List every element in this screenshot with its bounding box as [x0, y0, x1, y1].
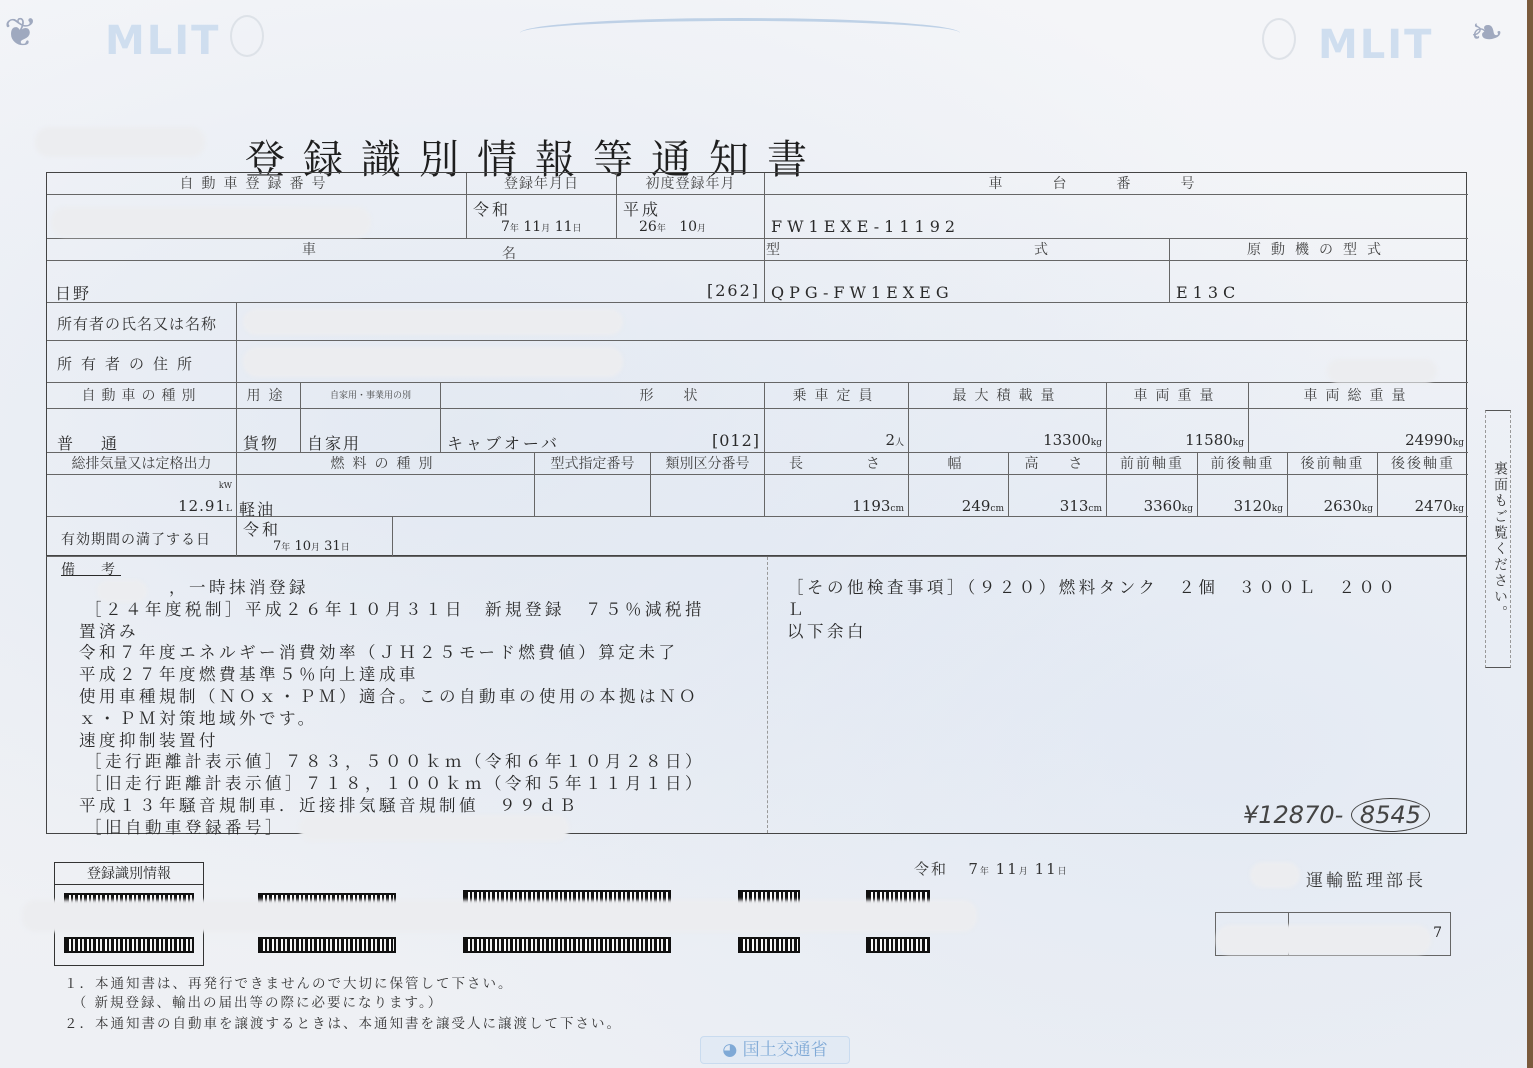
redacted-stamp-number: [1216, 925, 1431, 955]
gross-weight-value: 24990kg: [1249, 409, 1468, 453]
qr-code-strip: [64, 937, 194, 953]
emblem-seal-icon-right: [1262, 18, 1296, 60]
registration-date-value: 7年 11月 11日: [501, 219, 582, 235]
width-value: 249cm: [909, 475, 1009, 517]
owner-name-value: [237, 303, 1468, 341]
remark-line: ［その他検査事項］（９２０）燃料タンク ２個 ３００Ｌ ２００: [787, 577, 1398, 599]
remark-line: 置済み: [79, 621, 705, 643]
length-label: 長さ: [765, 453, 909, 475]
expiry-era: 令和: [243, 517, 281, 540]
mlit-watermark-logo: MLIT: [105, 18, 220, 64]
vehicle-type-label: 自動車の種別: [47, 383, 237, 409]
remarks-box: 備 考 ，一時抹消登録 ［２４年度税制］平成２６年１０月３１日 新規登録 ７５％…: [46, 556, 1467, 834]
rf-axle-label: 後前軸重: [1288, 453, 1378, 475]
redacted-owner-name: [243, 309, 623, 335]
vehicle-weight-label: 車両重量: [1107, 383, 1249, 409]
redacted-id-info: [22, 900, 977, 932]
expiry-label: 有効期間の満了する日: [47, 517, 237, 557]
maker-code: [262]: [707, 281, 760, 300]
capacity-label: 乗車定員: [765, 383, 909, 409]
body-shape-cell: キャブオーバ [012]: [441, 409, 765, 453]
emblem-seal-icon: [230, 15, 264, 57]
remark-line: Ｌ: [787, 599, 1398, 621]
id-info-label: 登録識別情報: [55, 863, 203, 885]
footer-note-1: １．本通知書は、再発行できませんので大切に保管して下さい。: [64, 972, 514, 992]
redacted-owner-address: [243, 347, 623, 377]
ff-axle-label: 前前軸重: [1107, 453, 1198, 475]
vehicle-type-value: 普 通: [47, 409, 237, 453]
use-label: 用途: [237, 383, 301, 409]
displacement-value: 12.91L: [178, 497, 232, 515]
registration-date-label: 登録年月日: [467, 173, 617, 195]
footer-note-1b: （ 新規登録、輸出の届出等の際に必要になります。）: [64, 991, 443, 1011]
expiry-date-value: 7年 10月 31日: [273, 539, 350, 554]
body-shape-label: 形 状: [441, 383, 765, 409]
registration-date-cell: 令和 7年 11月 11日: [467, 195, 617, 239]
remark-line: ，一時抹消登録: [79, 577, 705, 599]
issuer-stamp-box: 7: [1215, 912, 1451, 956]
remark-line: 平成１３年騒音規制車．近接排気騒音規制値 ９９ｄＢ: [79, 795, 705, 817]
side-note-see-reverse: 裏面もご覧ください。: [1485, 410, 1511, 668]
use-value: 貨物: [237, 409, 301, 453]
vehicle-name-label: 車 名: [47, 239, 765, 261]
certificate-paper: ❦ ❧ MLIT MLIT 登録識別情報等通知書 自動車登録番号 登録年月日 初…: [0, 0, 1533, 1068]
issuer-title: 運輸監理部長: [1306, 866, 1426, 891]
redacted-address-code: [1327, 359, 1437, 383]
vehicle-name-cell: 日野 [262]: [47, 261, 765, 303]
fuel-type-label: 燃料の種別: [237, 453, 535, 475]
registration-table: 自動車登録番号 登録年月日 初度登録年月 車台番号 令和 7年 11月 11日 …: [46, 172, 1467, 556]
max-load-value: 13300kg: [909, 409, 1107, 453]
fr-axle-label: 前後軸重: [1198, 453, 1288, 475]
rf-axle-value: 2630kg: [1288, 475, 1378, 517]
private-business-label: 自家用・事業用の別: [301, 383, 441, 409]
engine-model-value: E13C: [1170, 261, 1468, 303]
displacement-label: 総排気量又は定格出力: [47, 453, 237, 475]
height-label: 高 さ: [1009, 453, 1107, 475]
ornament-ribbon: [520, 18, 960, 48]
width-label: 幅: [909, 453, 1009, 475]
rr-axle-value: 2470kg: [1378, 475, 1468, 517]
remarks-left: ，一時抹消登録 ［２４年度税制］平成２６年１０月３１日 新規登録 ７５％減税措 …: [79, 577, 705, 839]
type-designation-value: [535, 475, 651, 517]
remark-line: ［旧走行距離計表示値］７１８，１００ｋｍ（令和５年１１月１日）: [79, 773, 705, 795]
height-value: 313cm: [1009, 475, 1107, 517]
handwritten-price: ¥12870- 8545: [1243, 801, 1430, 829]
remark-line: 速度抑制装置付: [79, 730, 705, 752]
rr-axle-label: 後後軸重: [1378, 453, 1468, 475]
fr-axle-value: 3120kg: [1198, 475, 1288, 517]
body-shape-value: キャブオーバ: [447, 431, 560, 454]
owner-name-label: 所有者の氏名又は名称: [47, 303, 237, 341]
owner-address-label: 所有者の住所: [47, 341, 237, 383]
private-business-value: 自家用: [301, 409, 441, 453]
chassis-number-label: 車台番号: [765, 173, 1468, 195]
maker-name: 日野: [55, 281, 91, 304]
mlit-emblem-icon: ◕: [722, 1040, 742, 1060]
first-registration-label: 初度登録年月: [617, 173, 765, 195]
fuel-type-value: 軽油: [237, 475, 535, 517]
gross-weight-label: 車両総重量: [1249, 383, 1468, 409]
mlit-footer-logo: ◕ 国土交通省: [700, 1036, 850, 1064]
engine-model-label: 原動機の型式: [1170, 239, 1468, 261]
qr-code-strip: [463, 937, 671, 953]
remark-line: ［２４年度税制］平成２６年１０月３１日 新規登録 ７５％減税措: [79, 599, 705, 621]
ornament-top-left-icon: ❦: [4, 10, 38, 56]
redacted-old-plate: [299, 815, 569, 841]
redacted-plate: [51, 207, 371, 237]
length-value: 1193cm: [765, 475, 909, 517]
remark-line: 使用車種規制（ＮＯｘ・ＰＭ）適合。この自動車の使用の本拠はＮＯ: [79, 686, 705, 708]
remark-line: ［走行距離計表示値］７８３，５００ｋｍ（令和６年１０月２８日）: [79, 751, 705, 773]
displacement-cell: kW 12.91L: [47, 475, 237, 517]
issue-date: 令和 7年 11月 11日: [914, 858, 1067, 879]
redacted-issuer-region: [1250, 862, 1300, 888]
qr-code-strip: [866, 937, 930, 953]
model-label: 型 式: [765, 239, 1170, 261]
capacity-value: 2人: [765, 409, 909, 453]
displacement-unit-kw: kW: [219, 481, 232, 490]
first-registration-value: 26年 10月: [639, 219, 706, 235]
remarks-divider: [767, 557, 768, 833]
registration-number-value: [47, 195, 467, 239]
vehicle-weight-value: 11580kg: [1107, 409, 1249, 453]
remark-line: 平成２７年度燃費基準５％向上達成車: [79, 664, 705, 686]
footer-note-2: ２．本通知書の自動車を譲渡するときは、本通知書を譲受人に譲渡して下さい。: [64, 1012, 622, 1032]
qr-code-strip: [738, 937, 800, 953]
ornament-top-right-icon: ❧: [1470, 10, 1504, 56]
body-shape-code: [012]: [712, 431, 760, 450]
category-number-label: 類別区分番号: [651, 453, 765, 475]
category-number-value: [651, 475, 765, 517]
first-registration-cell: 平成 26年 10月: [617, 195, 765, 239]
redacted-remark-date: [97, 580, 147, 602]
handwritten-circled-number: 8545: [1351, 798, 1430, 832]
stamp-box-digit: 7: [1433, 925, 1442, 941]
first-registration-era: 平成: [623, 197, 661, 220]
model-value: QPG-FW1EXEG: [765, 261, 1170, 303]
redacted-office: [35, 127, 205, 157]
remarks-right: ［その他検査事項］（９２０）燃料タンク ２個 ３００Ｌ ２００ Ｌ 以下余白: [787, 577, 1398, 642]
owner-address-value: [237, 341, 1468, 383]
max-load-label: 最大積載量: [909, 383, 1107, 409]
mlit-watermark-logo-right: MLIT: [1318, 22, 1433, 68]
remark-line: ｘ・ＰＭ対策地域外です。: [79, 708, 705, 730]
ff-axle-value: 3360kg: [1107, 475, 1198, 517]
remark-line: 以下余白: [787, 621, 1398, 643]
remarks-label: 備 考: [61, 559, 121, 579]
remark-line: 令和７年度エネルギー消費効率（ＪＨ２５モード燃費値）算定未了: [79, 642, 705, 664]
expiry-cell: 令和 7年 10月 31日: [237, 517, 393, 557]
chassis-number-value: FW1EXE-11192: [765, 195, 1468, 239]
registration-date-era: 令和: [473, 197, 511, 220]
registration-number-label: 自動車登録番号: [47, 173, 467, 195]
qr-code-strip: [258, 937, 396, 953]
type-designation-label: 型式指定番号: [535, 453, 651, 475]
